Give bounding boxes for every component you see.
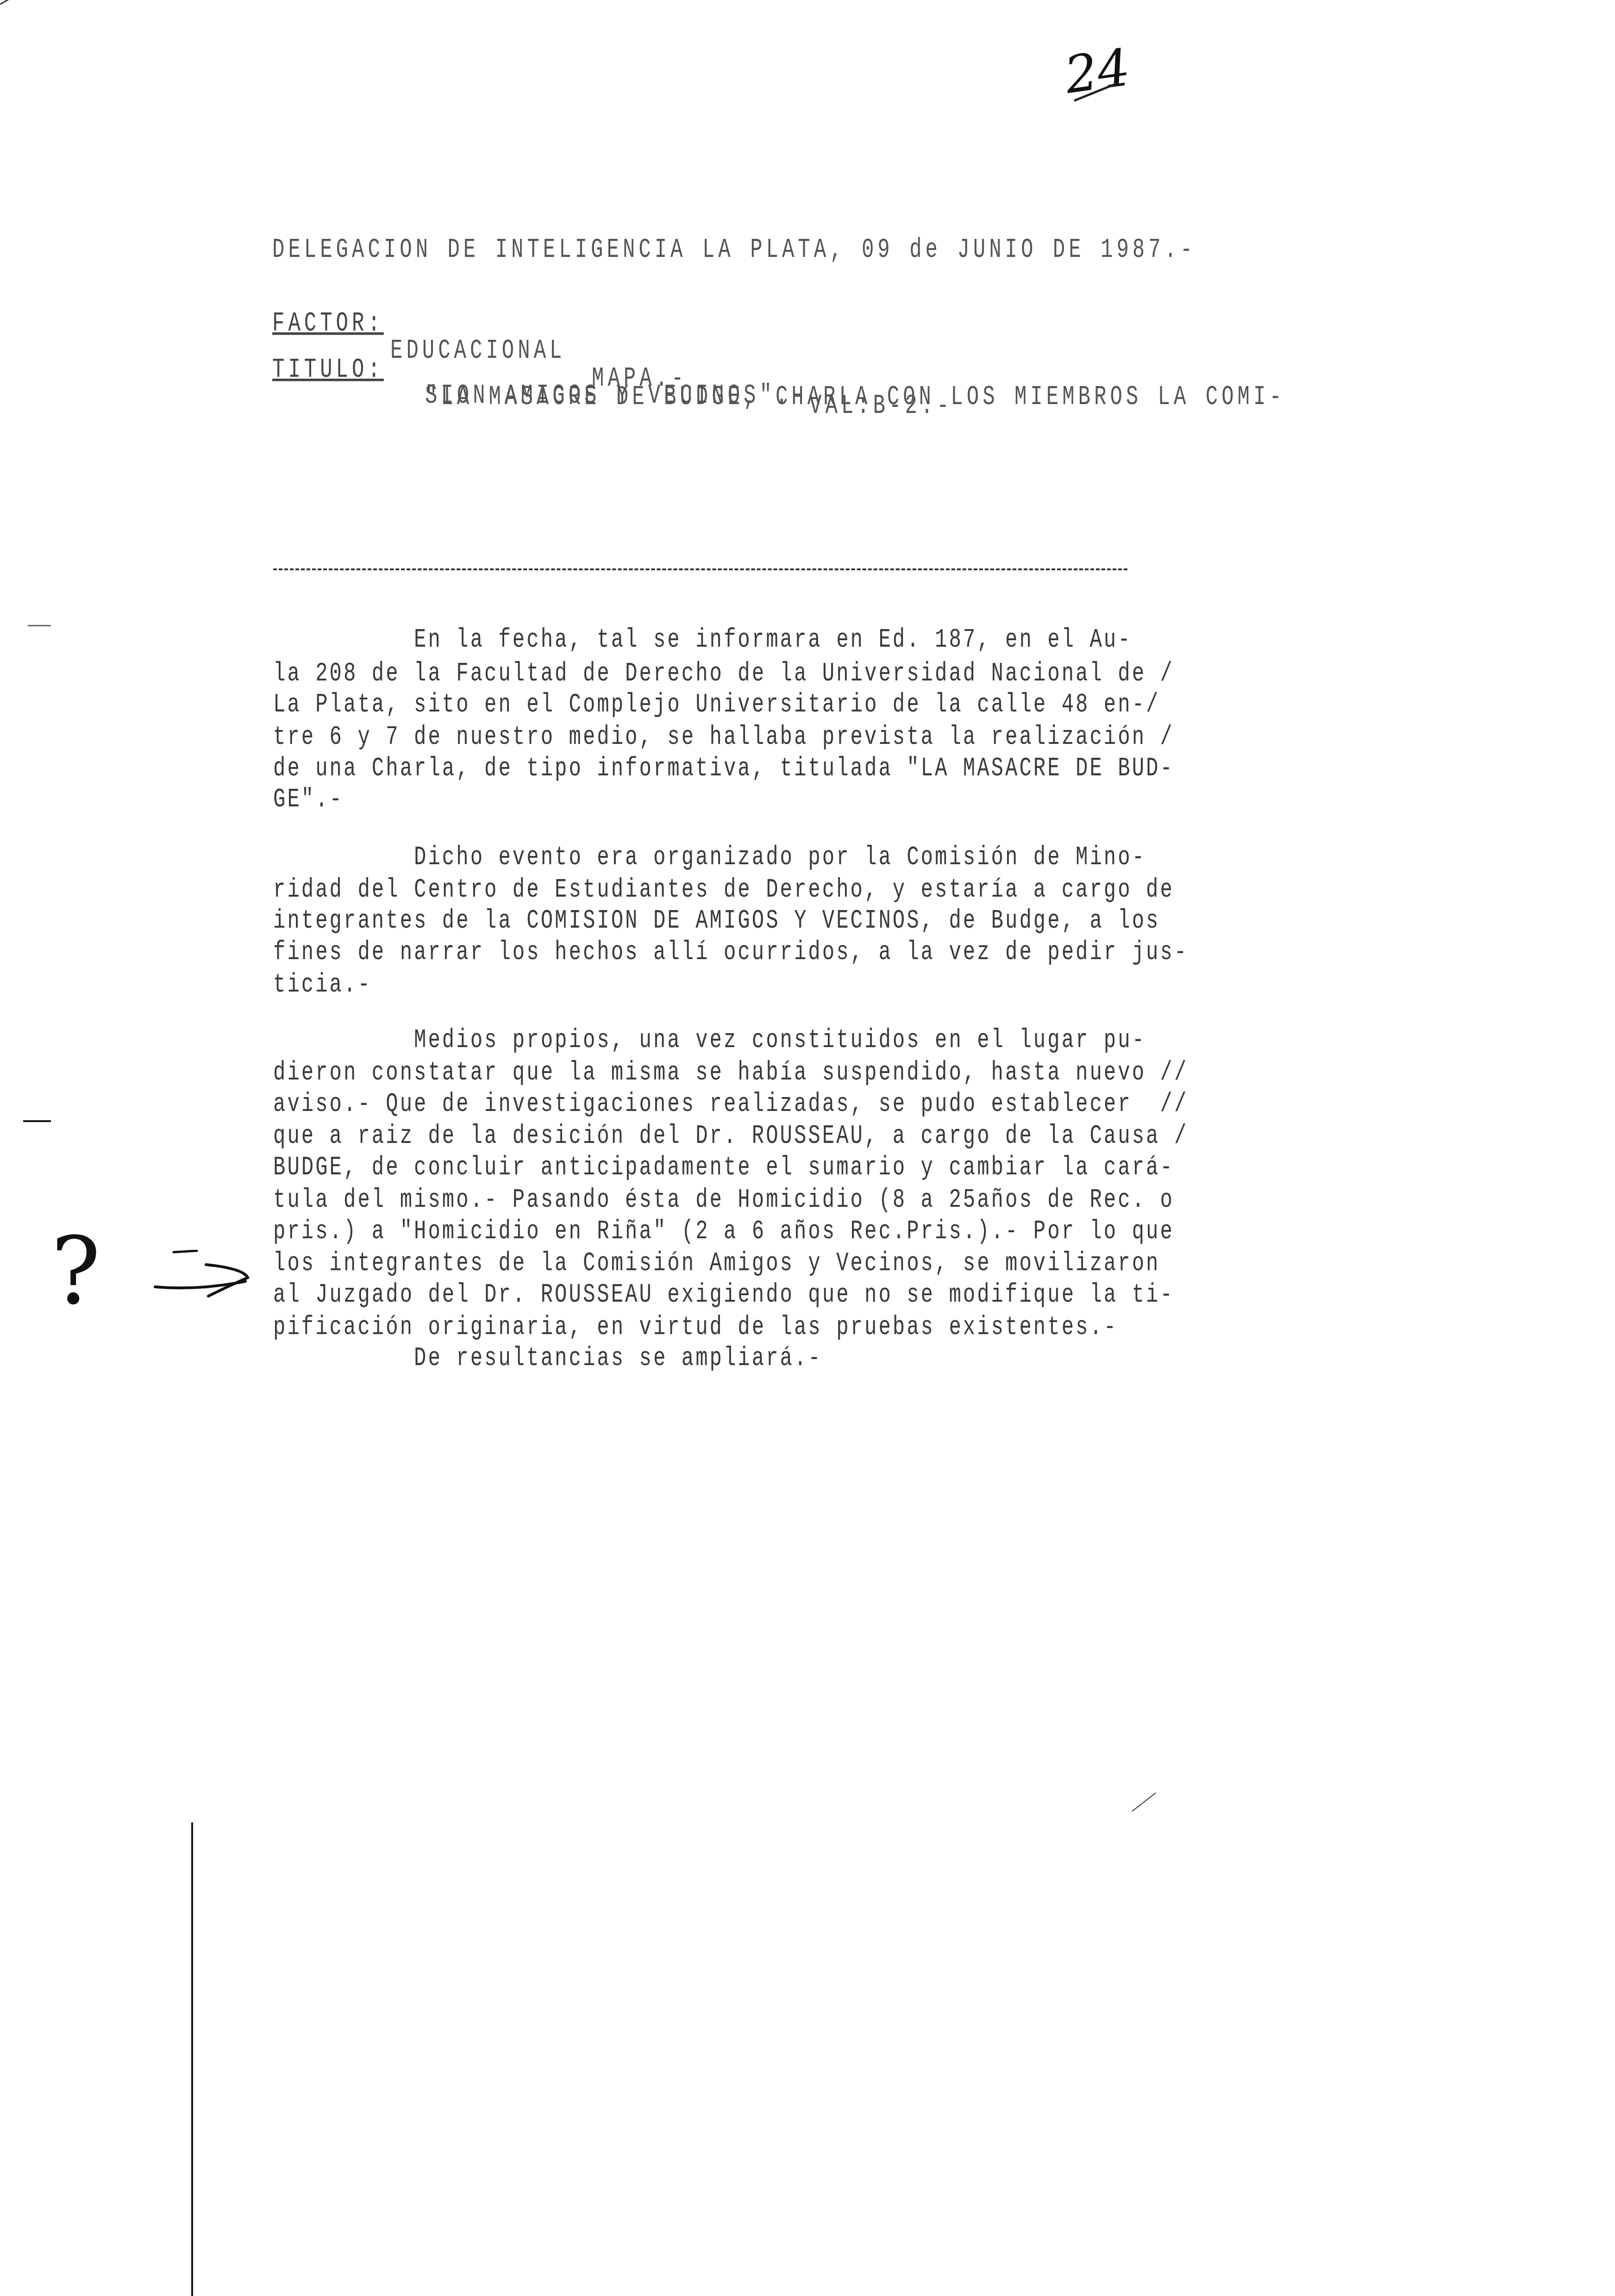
body-line: En la fecha, tal se informara en Ed. 187… xyxy=(273,625,1132,655)
body-line: Dicho evento era organizado por la Comis… xyxy=(273,842,1146,873)
body-line: de una Charla, de tipo informativa, titu… xyxy=(273,754,1174,784)
body-line: BUDGE, de concluir anticipadamente el su… xyxy=(273,1153,1174,1183)
pen-slash-mark xyxy=(1132,1792,1156,1812)
body-line: La Plata, sito en el Complejo Universita… xyxy=(273,690,1160,720)
body-line: que a raiz de la desición del Dr. ROUSSE… xyxy=(273,1121,1188,1151)
handwritten-question-mark: ? xyxy=(51,1217,100,1325)
body-line: De resultancias se ampliará.- xyxy=(273,1343,822,1373)
body-line: ridad del Centro de Estudiantes de Derec… xyxy=(273,875,1174,905)
body-line: fines de narrar los hechos allí ocurrido… xyxy=(273,937,1188,967)
margin-vertical-line xyxy=(191,1822,193,2296)
body-line: la 208 de la Facultad de Derecho de la U… xyxy=(273,659,1174,689)
margin-pen-mark xyxy=(23,1120,51,1122)
body-line: tula del mismo.- Pasando ésta de Homicid… xyxy=(273,1185,1174,1215)
margin-pen-mark xyxy=(28,625,51,626)
body-line: pificación originaria, en virtud de las … xyxy=(273,1312,1118,1342)
body-line: al Juzgado del Dr. ROUSSEAU exigiendo qu… xyxy=(273,1280,1174,1310)
titulo-value-2: SION AMIGOS Y VECINOS".- xyxy=(425,382,807,409)
body-line: GE".- xyxy=(273,785,344,815)
corner-pen-mark xyxy=(0,0,20,5)
body-line: integrantes de la COMISION DE AMIGOS Y V… xyxy=(273,906,1160,936)
body-line: pris.) a "Homicidio en Riña" (2 a 6 años… xyxy=(273,1217,1174,1247)
handwritten-page-number: 24 xyxy=(1061,37,1133,105)
body-line: tre 6 y 7 de nuestro medio, se hallaba p… xyxy=(273,722,1174,752)
body-line: Medios propios, una vez constituidos en … xyxy=(273,1025,1146,1055)
body-line: los integrantes de la Comisión Amigos y … xyxy=(273,1248,1160,1279)
body-line: aviso.- Que de investigaciones realizada… xyxy=(273,1089,1188,1119)
handwritten-arrow-icon xyxy=(153,1250,259,1301)
document-page: 24 DELEGACION DE INTELIGENCIA LA PLATA, … xyxy=(0,0,1615,2296)
body-line: ticia.- xyxy=(273,970,372,1000)
header-titulo-line: TITULO: "LA MASACRE DE BUDGE, CHARLA CON… xyxy=(272,329,368,439)
factor-value: EDUCACIONAL xyxy=(390,337,565,365)
body-line: dieron constatar que la misma se había s… xyxy=(273,1058,1188,1088)
dashed-separator xyxy=(273,568,1127,570)
titulo-label: TITULO: xyxy=(272,356,384,383)
header-date-line: DELEGACION DE INTELIGENCIA LA PLATA, 09 … xyxy=(272,236,1196,263)
